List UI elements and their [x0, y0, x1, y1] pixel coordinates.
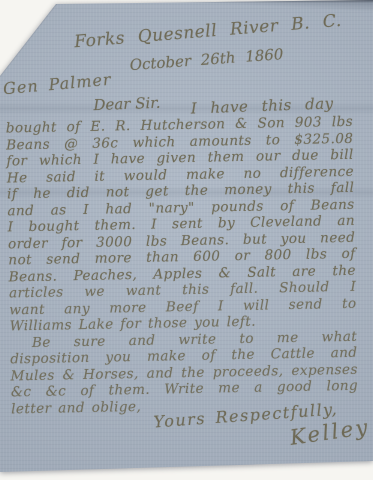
scan-background: { "document": { "type": "handwritten-let… [0, 0, 373, 480]
letter-recipient: Gen Palmer [2, 70, 112, 99]
letter-line: letter and oblige, [11, 398, 176, 418]
letter-salutation: Dear Sir. [93, 94, 161, 114]
letter-content: Forks Quesnell River B. C. October 26th … [0, 0, 373, 480]
paper-surface: Forks Quesnell River B. C. October 26th … [0, 0, 373, 480]
paper-sheet: Forks Quesnell River B. C. October 26th … [0, 0, 373, 480]
letter-salutation-row: Dear Sir. I have this day [93, 86, 364, 114]
letter-date-line: October 26th 1860 [106, 43, 307, 75]
letter-body: bought of E. R. Hutcherson & Son 903 lbs… [6, 114, 370, 418]
